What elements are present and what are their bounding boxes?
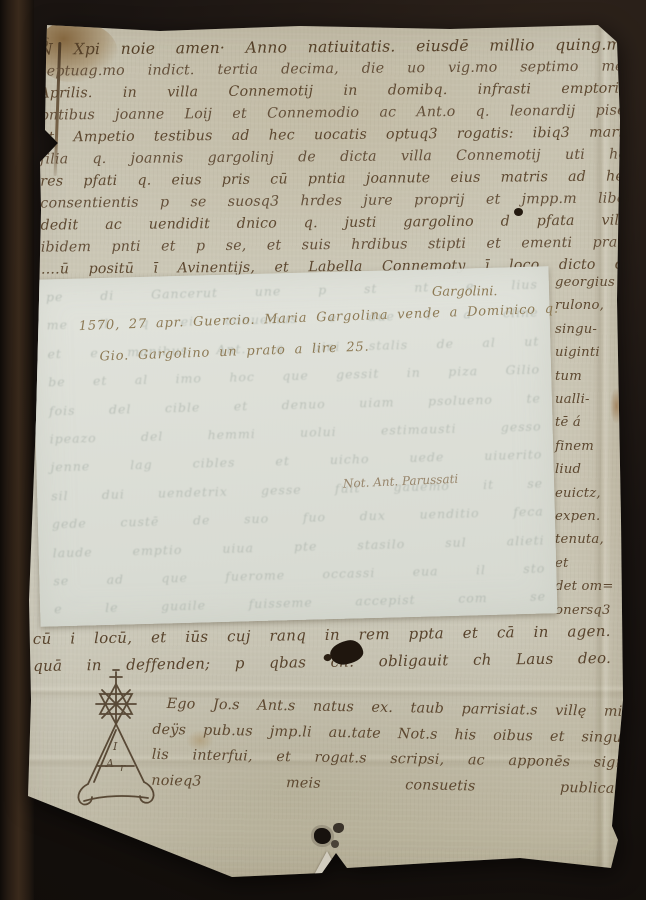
worm-hole [333, 823, 344, 833]
ink-spot [514, 208, 523, 216]
line-end-fragment: tum [555, 365, 637, 388]
right-edge-stain [610, 388, 623, 424]
notary-monogram-letter: r [120, 761, 126, 774]
tan-stain [186, 730, 214, 751]
line-end-fragment: georgius [555, 271, 637, 294]
line-end-fragment: tenuta, [555, 528, 637, 551]
line-end-fragment: et [555, 552, 637, 575]
line-end-fragment: expen. [555, 505, 637, 528]
notary-monogram-letter: A [105, 757, 114, 770]
line-end-fragment: singu- [555, 318, 637, 341]
line-end-fragment: rulono, [555, 294, 637, 317]
notary-text-block: Ego Jo.s Ant.s natus ex. taub parrisiat.… [151, 692, 635, 802]
notary-sign-icon: I A r [68, 668, 164, 810]
worm-hole [314, 828, 331, 844]
notary-monogram-letter: I [112, 740, 118, 753]
line-end-fragment: ualli- [555, 388, 637, 411]
line-end-fragment: uiginti [555, 341, 637, 364]
photo-background: 6 N Xpi noie amen· Anno natiuitatis. eiu… [0, 0, 646, 900]
slip-heading: Gargolini. [432, 284, 498, 300]
parchment-wrap: 6 N Xpi noie amen· Anno natiuitatis. eiu… [0, 0, 646, 900]
line-end-fragment: finem [555, 435, 637, 458]
line-end-fragment: tē á [555, 411, 637, 434]
line-end-fragment: euictz, [555, 482, 637, 505]
parchment-tear [314, 851, 340, 875]
right-fragments-column: georgiusrulono,singu-uigintitumualli-tē … [555, 271, 637, 622]
worm-hole [331, 840, 339, 848]
line-end-fragment: det om= [555, 575, 637, 598]
manuscript-page: 6 N Xpi noie amen· Anno natiuitatis. eiu… [0, 0, 646, 900]
main-text-block: N Xpi noie amen· Anno natiuitatis. eiusd… [39, 33, 633, 280]
line-end-fragment: liud [555, 458, 637, 481]
paper-slip-overlay: pe di Gancerut une p st nt e liusme il q… [32, 266, 558, 626]
